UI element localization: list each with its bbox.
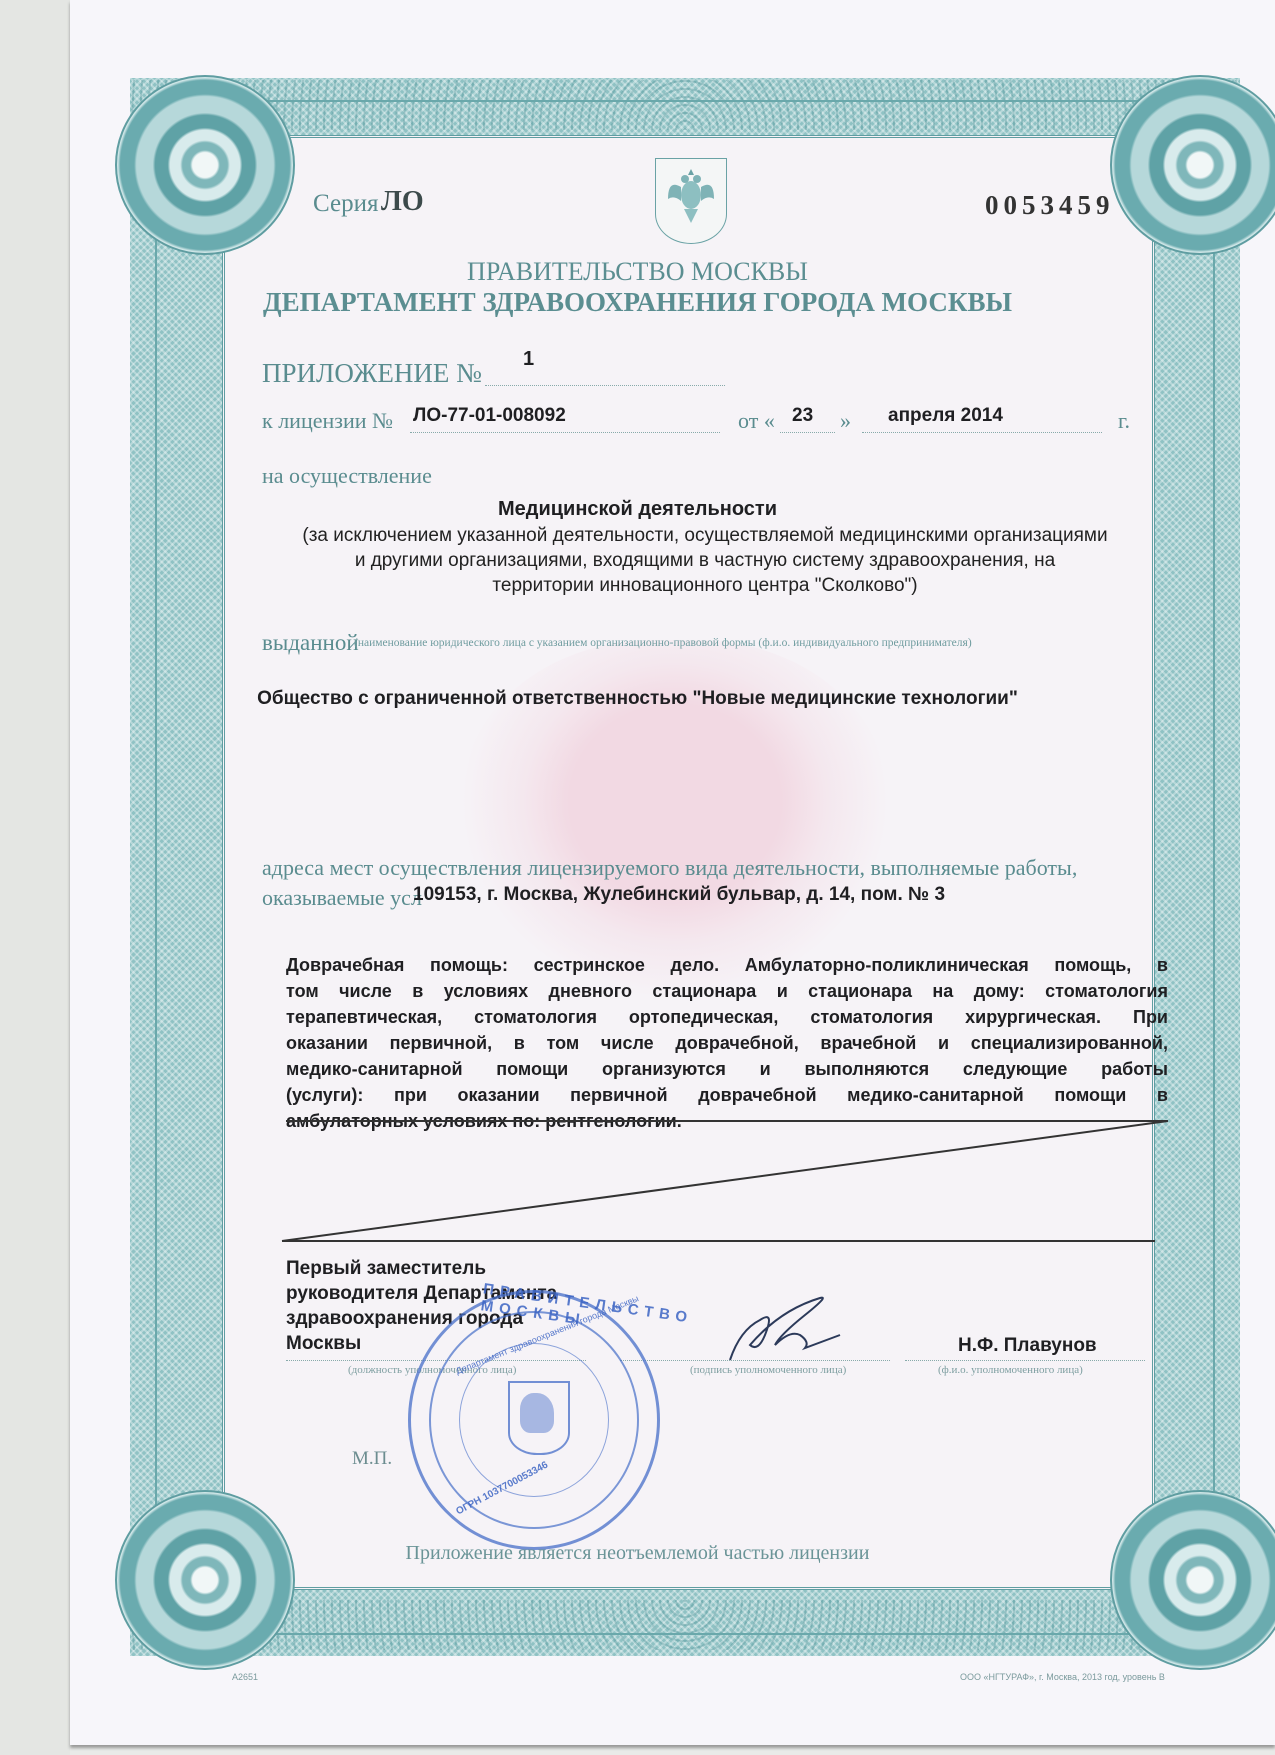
- signatory-position-line: Первый заместитель: [286, 1256, 557, 1281]
- caption-name: (ф.и.о. уполномоченного лица): [938, 1364, 1083, 1376]
- name-line: [905, 1360, 1145, 1361]
- seal-place-label: М.П.: [352, 1448, 392, 1470]
- caption-signature: (подпись уполномоченного лица): [690, 1364, 846, 1376]
- moscow-coat-of-arms-icon: [508, 1381, 570, 1455]
- signatory-name: Н.Ф. Плавунов: [958, 1335, 1097, 1357]
- signature-line: [620, 1360, 890, 1361]
- footer-note: Приложение является неотъемлемой частью …: [0, 1542, 1275, 1565]
- official-stamp: ПРАВИТЕЛЬСТВО МОСКВЫ ОГРН 1037700053346 …: [408, 1290, 660, 1550]
- form-code: А2651: [232, 1672, 258, 1682]
- handwritten-signature-icon: [720, 1290, 870, 1370]
- printer-imprint: ООО «НГТУРАФ», г. Москва, 2013 год, уров…: [960, 1672, 1165, 1682]
